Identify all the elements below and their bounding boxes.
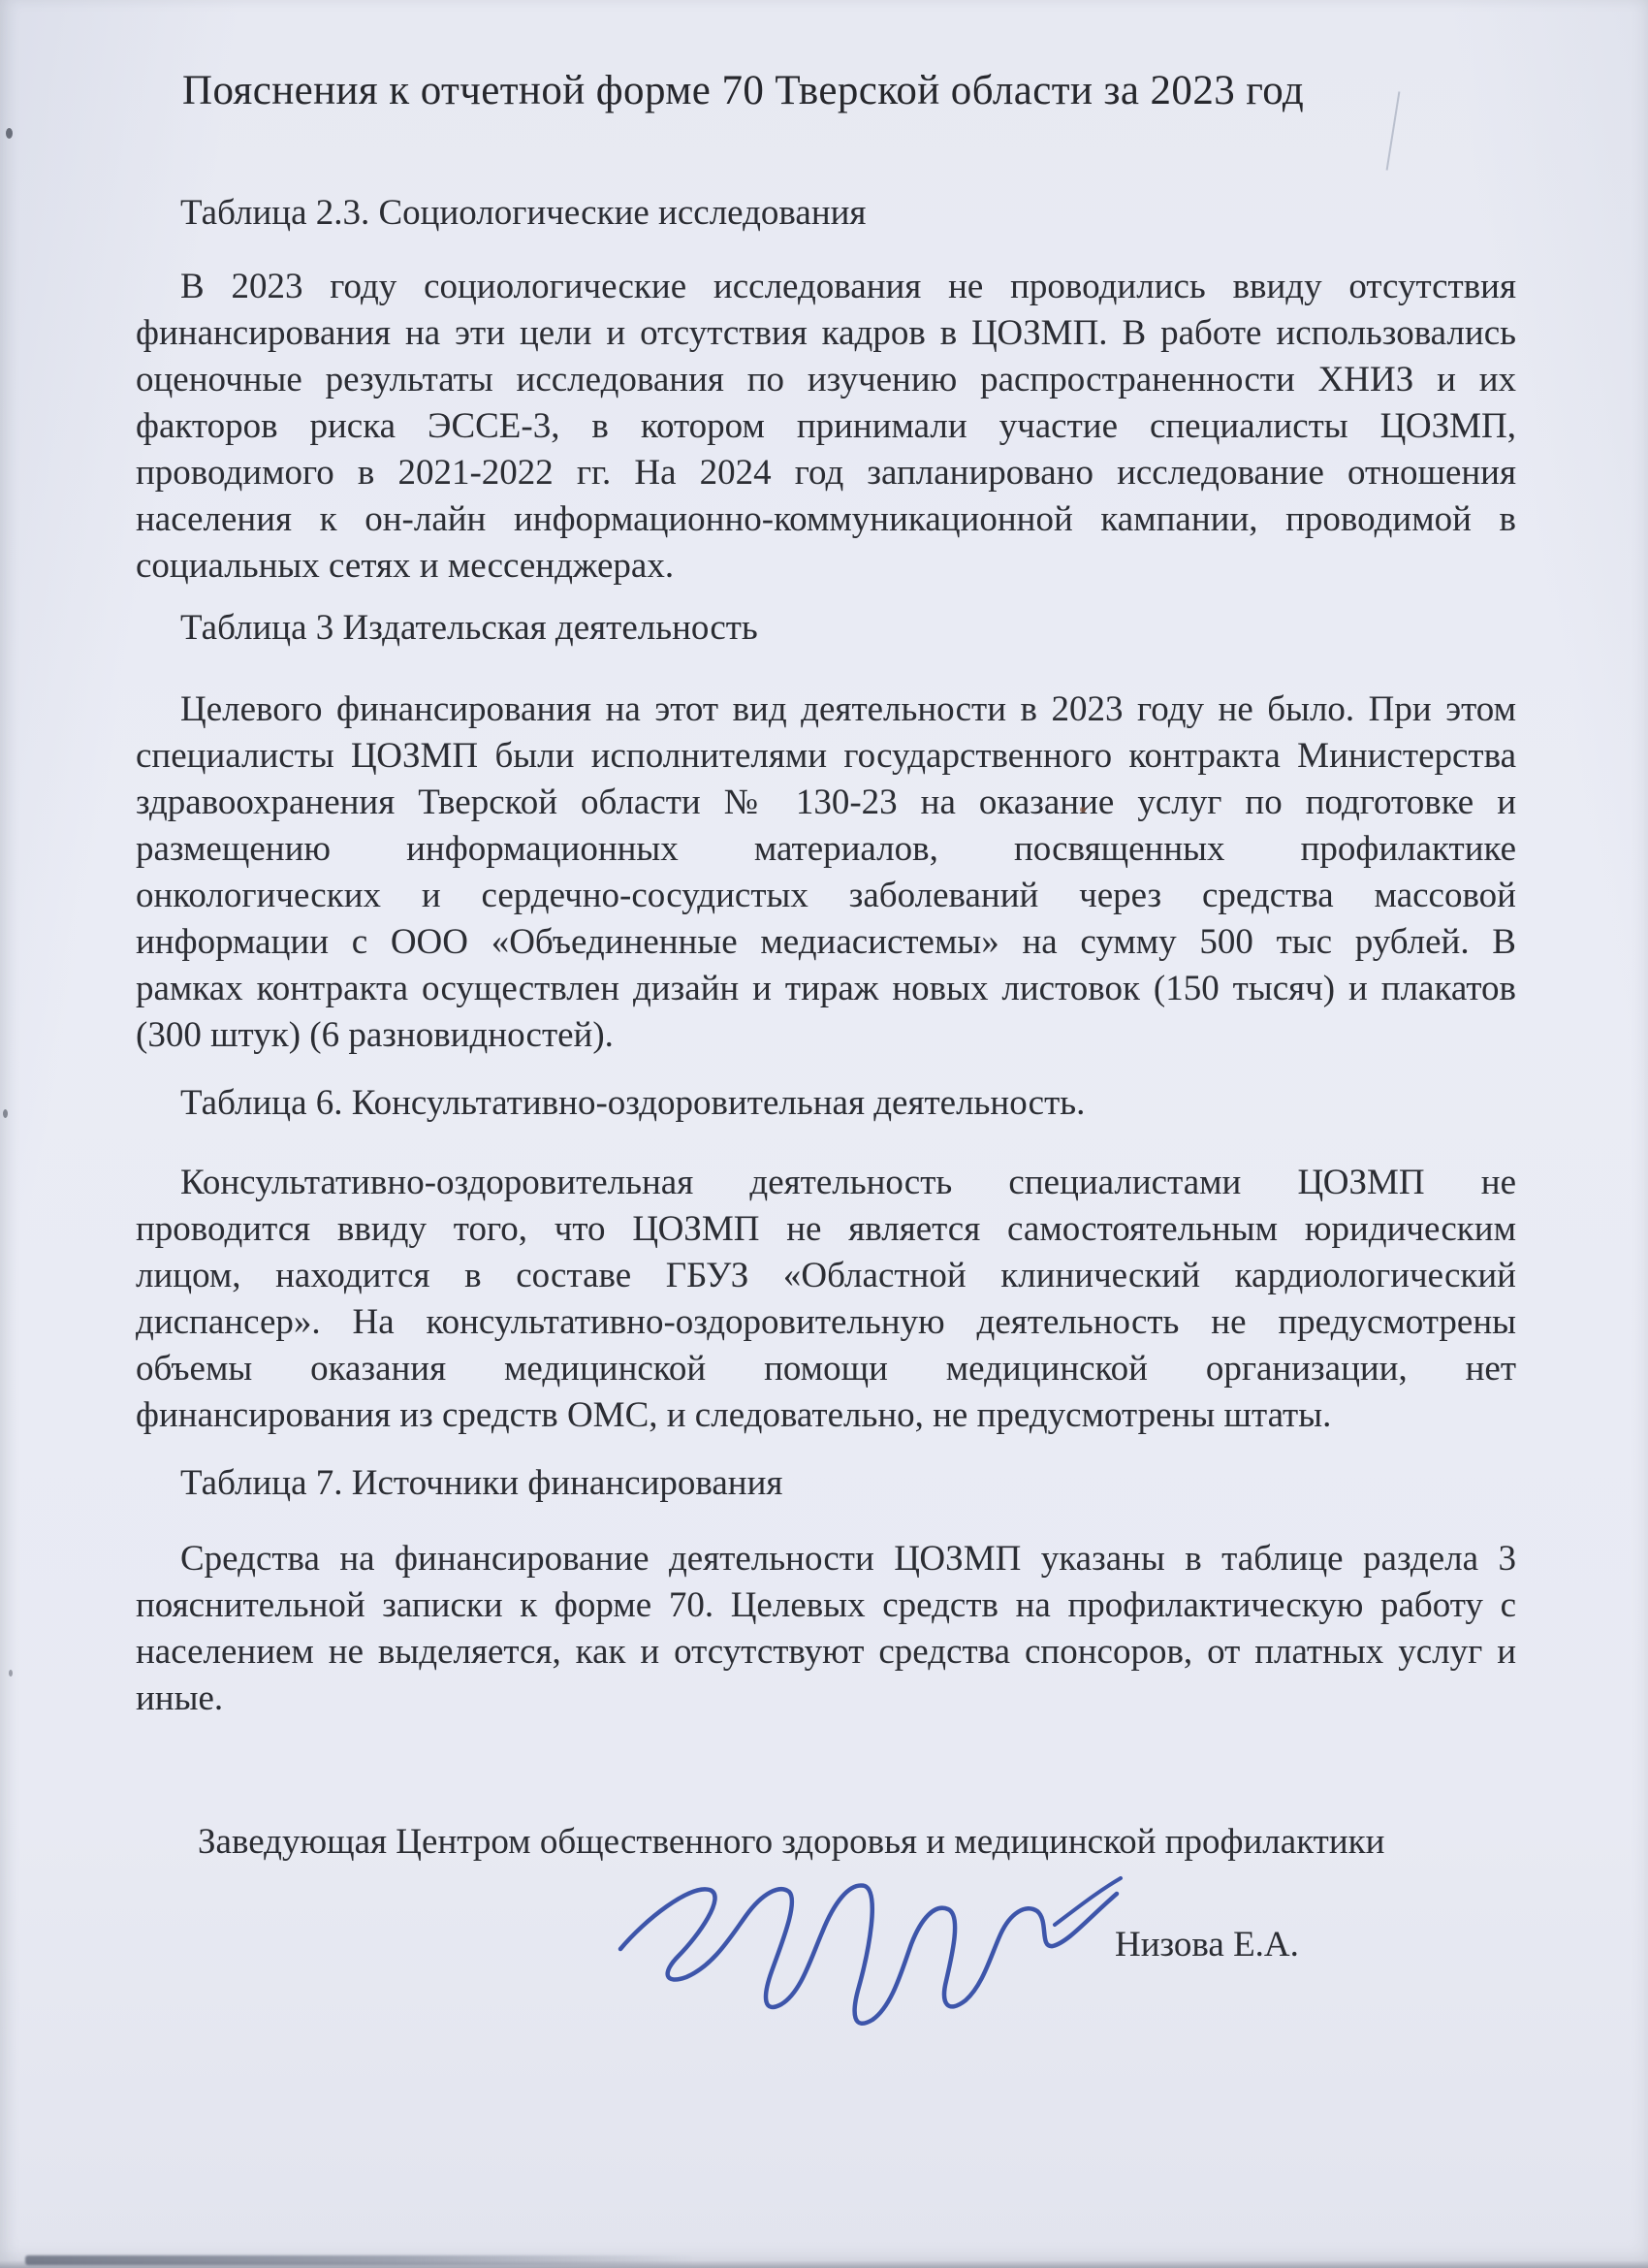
text-line: здравоохранения Тверской области № 130-2… <box>136 780 1516 826</box>
page-title: Пояснения к отчетной форме 70 Тверской о… <box>182 66 1520 116</box>
text-line: пояснительной записки к форме 70. Целевы… <box>136 1582 1516 1629</box>
text-line: населения к он-лайн информационно-коммун… <box>136 496 1516 543</box>
scan-artifact-bottom-edge <box>0 2260 1648 2268</box>
paragraph-sociological-research: В 2023 году социологические исследования… <box>136 264 1516 590</box>
text-line: проводится ввиду того, что ЦОЗМП не явля… <box>136 1206 1516 1253</box>
text-line: оценочные результаты исследования по изу… <box>136 357 1516 403</box>
text-line: финансирования на эти цели и отсутствия … <box>136 310 1516 357</box>
text-line: информации с ООО «Объединенные медиасист… <box>136 919 1516 966</box>
text-line: проводимого в 2021-2022 гг. На 2024 год … <box>136 450 1516 496</box>
scan-artifact-speck <box>3 1109 8 1118</box>
handwritten-signature-ink <box>601 1847 1125 2051</box>
section-heading-table-3: Таблица 3 Издательская деятельность <box>136 605 1516 652</box>
document-page: Пояснения к отчетной форме 70 Тверской о… <box>0 0 1648 2268</box>
text-line: В 2023 году социологические исследования… <box>136 264 1516 310</box>
text-line: объемы оказания медицинской помощи медиц… <box>136 1346 1516 1392</box>
text-line: рамках контракта осуществлен дизайн и ти… <box>136 966 1516 1012</box>
scan-artifact-speck <box>9 1670 13 1677</box>
text-line: финансирования из средств ОМС, и следова… <box>136 1392 1516 1439</box>
text-line: населением не выделяется, как и отсутств… <box>136 1629 1516 1676</box>
text-line: Консультативно-оздоровительная деятельно… <box>136 1160 1516 1206</box>
text-line: факторов риска ЭССЕ-3, в котором принима… <box>136 403 1516 450</box>
paragraph-funding-sources: Средства на финансирование деятельности … <box>136 1536 1516 1722</box>
paragraph-consultative-activity: Консультативно-оздоровительная деятельно… <box>136 1160 1516 1439</box>
text-line: диспансер». На консультативно-оздоровите… <box>136 1299 1516 1346</box>
section-heading-table-2-3: Таблица 2.3. Социологические исследовани… <box>136 190 1516 237</box>
text-line: размещению информационных материалов, по… <box>136 826 1516 873</box>
signatory-name: Низова Е.А. <box>1115 1922 1299 1968</box>
scan-artifact-speck <box>6 128 13 139</box>
text-line: иные. <box>136 1676 1516 1722</box>
text-line: (300 штук) (6 разновидностей). <box>136 1012 1516 1059</box>
scan-artifact-bottom-smudge <box>25 2255 694 2265</box>
section-heading-table-6: Таблица 6. Консультативно-оздоровительна… <box>136 1080 1516 1127</box>
text-line: Целевого финансирования на этот вид деят… <box>136 687 1516 733</box>
text-line: онкологических и сердечно-сосудистых заб… <box>136 873 1516 919</box>
signature-stroke-main <box>620 1886 1117 2024</box>
section-heading-table-7: Таблица 7. Источники финансирования <box>136 1460 1516 1507</box>
text-line: социальных сетях и мессенджерах. <box>136 543 1516 590</box>
text-line: специалисты ЦОЗМП были исполнителями гос… <box>136 733 1516 780</box>
paragraph-publishing-activity: Целевого финансирования на этот вид деят… <box>136 687 1516 1059</box>
text-line: лицом, находится в составе ГБУЗ «Областн… <box>136 1253 1516 1299</box>
text-line: Средства на финансирование деятельности … <box>136 1536 1516 1582</box>
